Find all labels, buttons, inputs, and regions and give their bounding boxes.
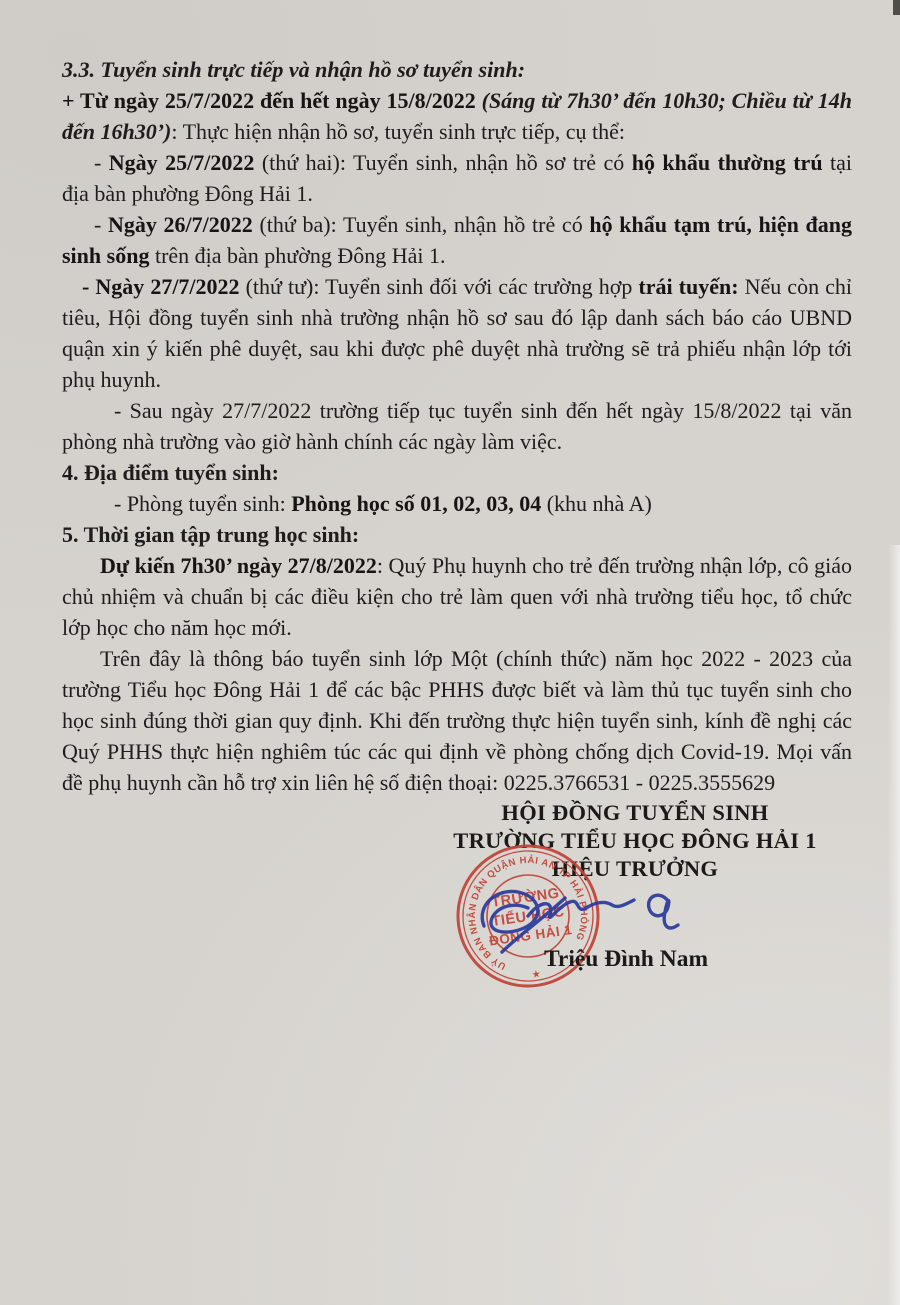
paragraph-day-25: - Ngày 25/7/2022 (thứ hai): Tuyển sinh, … [62, 147, 852, 209]
photo-corner-artifact [893, 0, 900, 15]
text-segment: : Thực hiện nhận hồ sơ, tuyển sinh trực … [171, 119, 625, 144]
section-4-title: 4. Địa điểm tuyển sinh: [62, 457, 852, 488]
text-segment: Ngày 26/7/2022 [108, 212, 259, 237]
text-segment: - [94, 150, 109, 175]
signer-name: Triệu Đình Nam [516, 946, 736, 973]
text-segment: + Từ ngày 25/7/2022 đến hết ngày 15/8/20… [62, 88, 482, 113]
text-segment: trái tuyến: [638, 274, 744, 299]
signature-council-line: HỘI ĐỒNG TUYỂN SINH [445, 799, 825, 827]
text-segment: (thứ hai): Tuyển sinh, nhận hồ sơ trẻ có [262, 150, 632, 175]
paragraph-day-26: - Ngày 26/7/2022 (thứ ba): Tuyển sinh, n… [62, 209, 852, 271]
document-body: 3.3. Tuyển sinh trực tiếp và nhận hồ sơ … [62, 54, 852, 798]
paragraph-after-27: - Sau ngày 27/7/2022 trường tiếp tục tuy… [62, 395, 852, 457]
paper-edge-highlight [888, 545, 900, 1305]
paragraph-day-27: - Ngày 27/7/2022 (thứ tư): Tuyển sinh đố… [62, 271, 852, 395]
signature-stroke-nine [649, 895, 678, 928]
paragraph-location: - Phòng tuyển sinh: Phòng học số 01, 02,… [62, 488, 852, 519]
text-segment: - [94, 212, 108, 237]
text-segment: Ngày 25/7/2022 [109, 150, 262, 175]
section-5-title: 5. Thời gian tập trung học sinh: [62, 519, 852, 550]
text-segment: (thứ ba): Tuyển sinh, nhận hồ trẻ có [259, 212, 589, 237]
text-segment: Phòng học số 01, 02, 03, 04 [291, 491, 546, 516]
document-photo: 3.3. Tuyển sinh trực tiếp và nhận hồ sơ … [0, 0, 900, 1305]
text-segment: - Phòng tuyển sinh: [114, 491, 291, 516]
text-segment: Dự kiến 7h30’ ngày 27/8/2022 [100, 553, 377, 578]
text-segment: (thứ tư): Tuyển sinh đối với các trường … [246, 274, 639, 299]
text-segment: trên địa bàn phường Đông Hải 1. [155, 243, 446, 268]
paragraph-closing: Trên đây là thông báo tuyển sinh lớp Một… [62, 643, 852, 798]
section-3-3-title: 3.3. Tuyển sinh trực tiếp và nhận hồ sơ … [62, 54, 852, 85]
paragraph-gathering: Dự kiến 7h30’ ngày 27/8/2022: Quý Phụ hu… [62, 550, 852, 643]
paragraph-schedule: + Từ ngày 25/7/2022 đến hết ngày 15/8/20… [62, 85, 852, 147]
text-segment: - Ngày 27/7/2022 [82, 274, 246, 299]
text-segment: (khu nhà A) [547, 491, 652, 516]
text-segment: hộ khẩu thường trú [632, 150, 830, 175]
